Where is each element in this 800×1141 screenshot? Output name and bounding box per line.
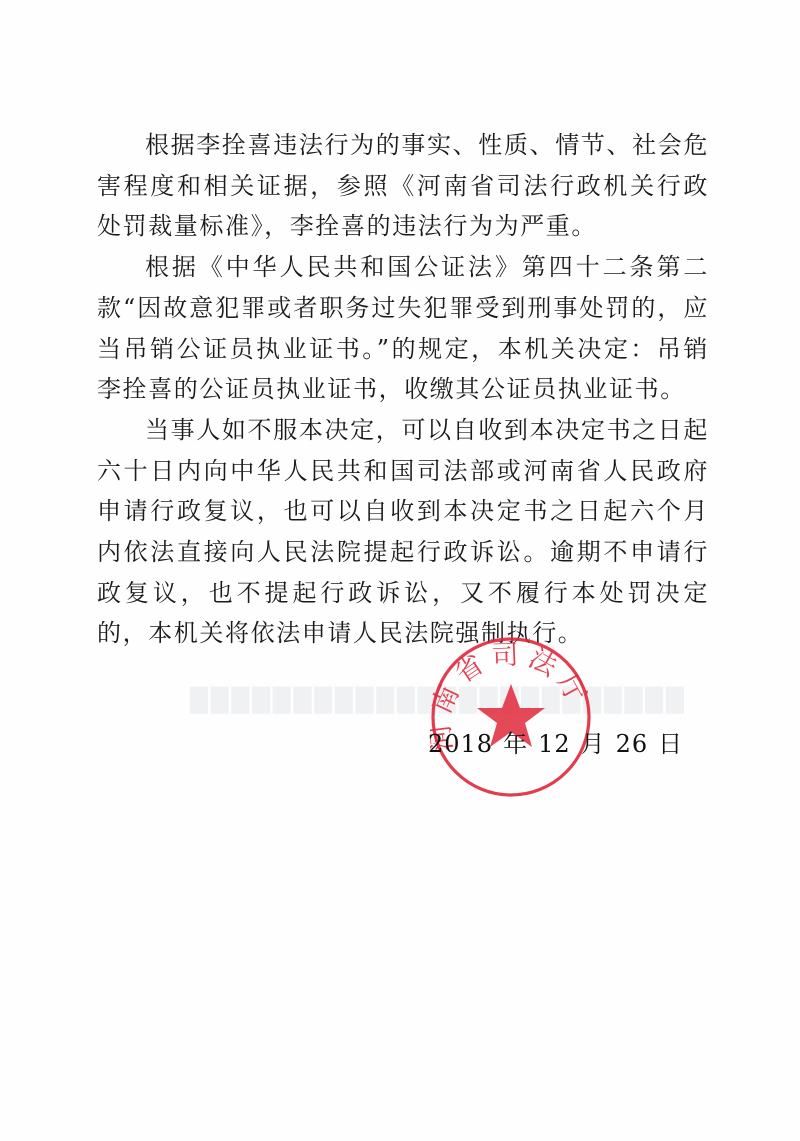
paragraph-appeal-rights: 当事人如不服本决定，可以自收到本决定书之日起六十日内向中华人民共和国司法部或河南… — [97, 410, 709, 654]
date-year-unit: 年 — [503, 730, 528, 758]
paragraph-severity: 根据李拴喜违法行为的事实、性质、情节、社会危害程度和相关证据，参照《河南省司法行… — [97, 125, 709, 247]
paragraph-decision: 根据《中华人民共和国公证法》第四十二条第二款“因故意犯罪或者职务过失犯罪受到刑事… — [97, 247, 709, 410]
official-seal-stamp: 河南省司法厅 — [430, 636, 592, 798]
document-body: 根据李拴喜违法行为的事实、性质、情节、社会危害程度和相关证据，参照《河南省司法行… — [97, 125, 709, 654]
date-day: 26 — [616, 730, 649, 758]
date-month: 12 — [538, 730, 571, 758]
date-day-unit: 日 — [658, 730, 683, 758]
date-month-unit: 月 — [581, 730, 606, 758]
issue-date: 2018年12月26日 — [428, 724, 693, 759]
document-page: ████████████████████████ 根据李拴喜违法行为的事实、性质… — [0, 0, 800, 1141]
date-year: 2018 — [428, 730, 493, 758]
